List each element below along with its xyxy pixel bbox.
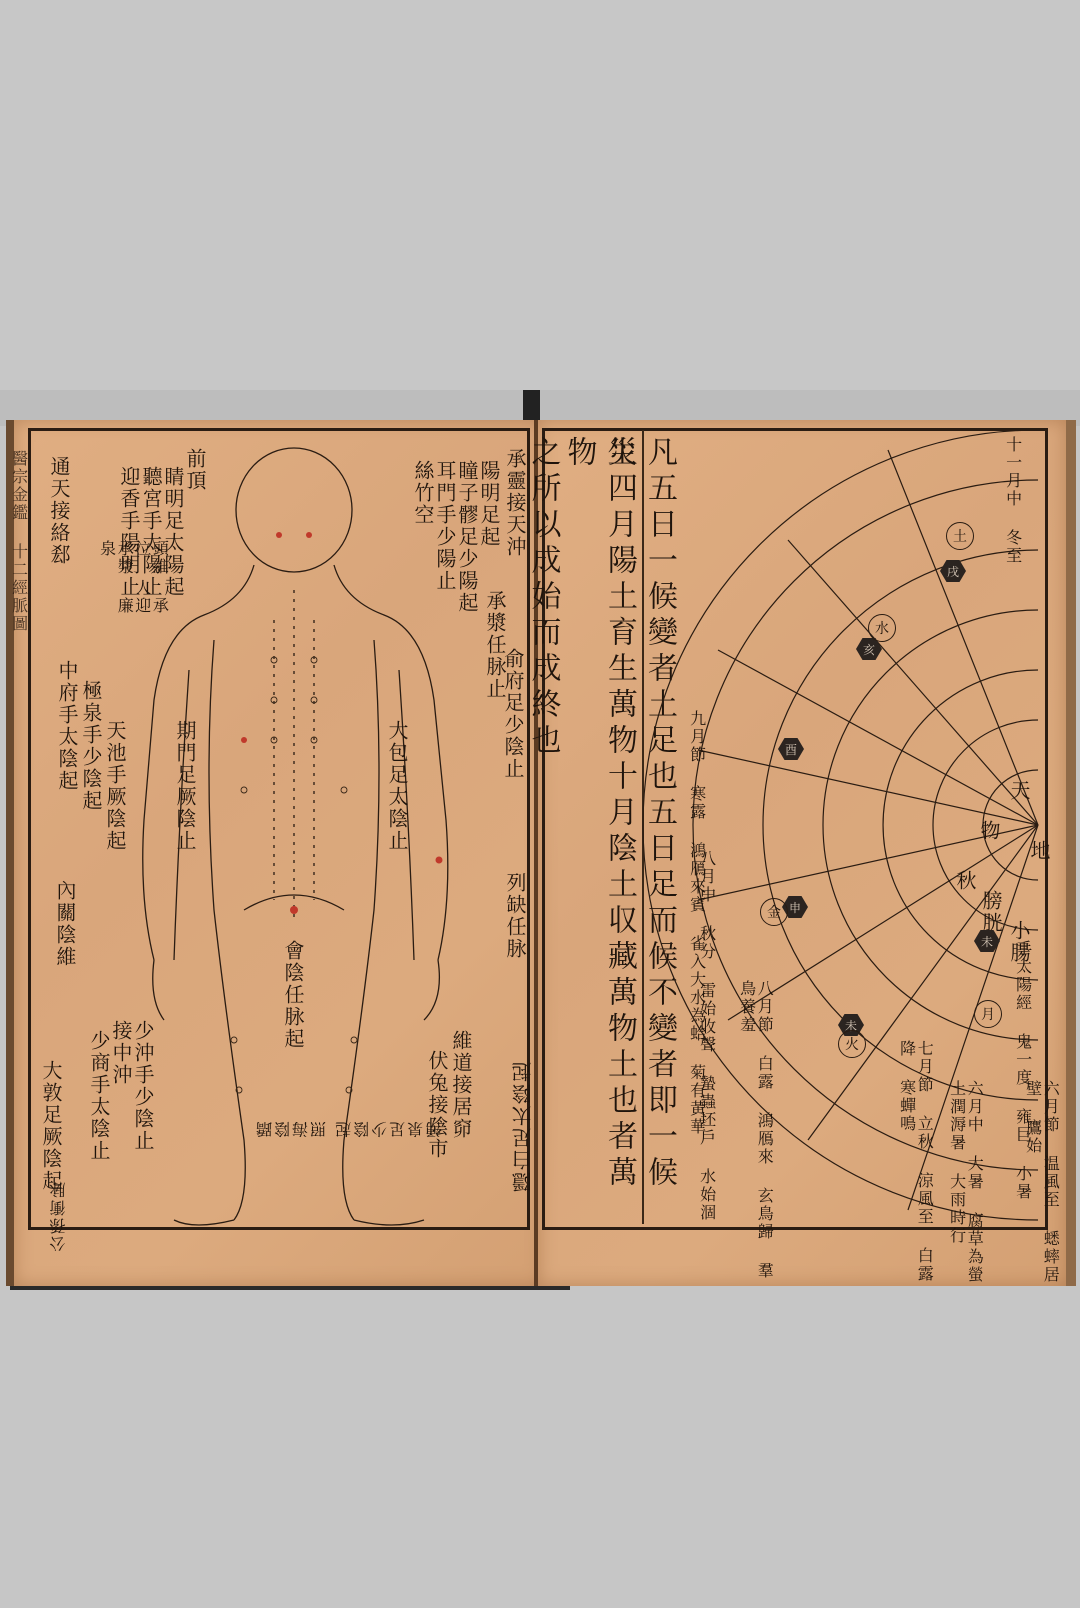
wheel-center-wu: 物: [978, 820, 1000, 842]
open-book: 醫宗金鑑 十二經脈圖: [6, 420, 1074, 1286]
right-page: 凡五日一候變者土足也五日足而候不變者即一候生 災四月陽土育生萬物十月陰土収藏萬物…: [538, 420, 1076, 1286]
label-lieque: 列缺任脉: [504, 872, 526, 960]
circled-jin: 金: [760, 898, 788, 926]
wheel-outer-text-6: 八月節 白露 鴻鴈來 玄鳥歸 羣鳥養羞: [738, 980, 773, 1286]
circled-shui: 水: [868, 614, 896, 642]
wheel-center-di: 地: [1028, 840, 1050, 862]
label-dadun: 大敦足厥陰起: [40, 1060, 62, 1192]
label-ermen: 耳門手少陽止: [434, 460, 456, 592]
label-futu: 伏兔接陰市: [426, 1050, 448, 1160]
left-page: 醫宗金鑑 十二經脈圖: [6, 420, 544, 1286]
label-yangming: 陽明足起: [478, 460, 500, 548]
label-shufu: 俞府足少陰止: [502, 648, 524, 780]
wheel-outer-text-1: 十一月中 冬至: [1004, 436, 1022, 565]
wheel-outer-text-4: 六月中 大暑 腐草為螢 土潤溽暑 大雨時行: [948, 1080, 983, 1286]
label-jiezhongchong: 接中沖: [110, 1020, 132, 1086]
label-neiguan: 內關陰維: [54, 880, 76, 968]
background-bottom: [0, 1290, 1080, 1608]
label-weidao: 維道接居窌: [450, 1030, 472, 1140]
label-qimen: 期門足厥陰止: [174, 720, 196, 852]
body-text-column-3: 之所以成始而成終也: [522, 436, 563, 796]
label-qianding: 前頂: [184, 448, 206, 492]
wheel-ring-qiu: 秋: [954, 870, 976, 892]
spine-margin-title: 醫宗金鑑 十二經脈圖: [10, 450, 28, 970]
wheel-outer-text-3: 六月節 温風至 蟋蟀居壁 鷹始: [1024, 1080, 1059, 1286]
label-tongziliao: 瞳子髎足少陽起: [456, 460, 478, 614]
wheel-outer-text-5: 七月節 立秋 涼風至 白露降 寒蟬鳴: [898, 1040, 933, 1286]
label-dabao: 大包足太陰止: [386, 720, 408, 852]
label-yinbai: 隱白足太陰起: [512, 1060, 534, 1192]
label-shaochong: 少沖手少陰止: [132, 1020, 154, 1152]
wheel-outer-text-8: 九月節 寒露 鴻鴈來賓 雀入大水為蛤 菊有黃華: [688, 710, 706, 1136]
label-tianchi: 天池手厥陰起: [104, 720, 126, 852]
label-sizhukong: 絲竹空: [412, 460, 434, 526]
label-zhongfu: 中府手太陰起: [56, 660, 78, 792]
wheel-ring-pangguang: 膀胱: [980, 890, 1002, 934]
label-huiyin: 會陰任脉起: [282, 940, 304, 1050]
circled-tu: 土: [946, 522, 974, 550]
label-gongsun: 公孫衝脉: [50, 1180, 68, 1252]
label-tongtian: 通天接絡郄: [48, 456, 70, 566]
body-text-column-2: 災四月陽土育生萬物十月陰土収藏萬物土也者萬物: [558, 436, 639, 1216]
circled-yue: 月: [974, 1000, 1002, 1028]
wheel-center-tian: 天: [1008, 780, 1030, 802]
label-shaoshang: 少商手太陰止: [88, 1030, 110, 1162]
circled-huo: 火: [838, 1030, 866, 1058]
label-yongquan: 湧泉足少陰起 照海陰蹻: [254, 1120, 441, 1138]
label-touwei: 頭維 承泣 人迎 承漿 廉泉: [98, 540, 168, 630]
label-jiquan: 極泉手少陰起: [80, 680, 102, 812]
background-top: [0, 0, 1080, 390]
